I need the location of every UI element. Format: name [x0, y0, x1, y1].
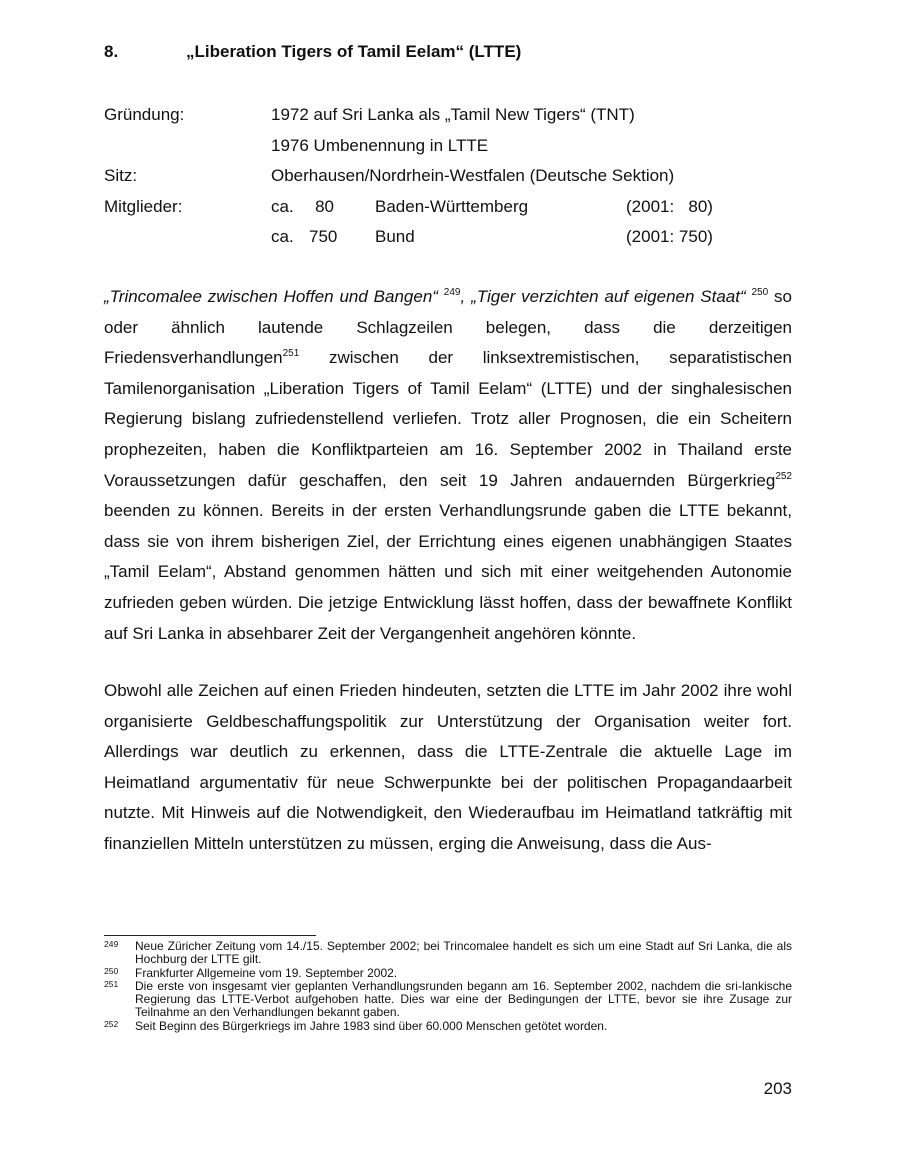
founding-value: 1972 auf Sri Lanka als „Tamil New Tigers…	[271, 100, 635, 131]
headline-quote-1: „Trincomalee zwischen Hoffen und Bangen“	[104, 287, 438, 306]
paragraph-1-text-b: zwischen der linksextremistischen, separ…	[104, 348, 792, 489]
footnote-250: 250 Frankfurter Allgemeine vom 19. Septe…	[104, 967, 792, 980]
paragraph-1: „Trincomalee zwischen Hoffen und Bangen“…	[104, 282, 792, 649]
footnote-ref-250[interactable]: 250	[752, 287, 769, 298]
footnote-divider	[104, 935, 316, 936]
members-previous: (2001: 750)	[626, 222, 713, 253]
footnote-number: 250	[104, 965, 118, 978]
footnote-number: 251	[104, 978, 118, 991]
footnote-249: 249 Neue Züricher Zeitung vom 14./15. Se…	[104, 940, 792, 967]
section-number: 8.	[104, 42, 186, 62]
founding-value-2: 1976 Umbenennung in LTTE	[271, 131, 488, 162]
members-region: Bund	[375, 222, 415, 253]
seat-value: Oberhausen/Nordrhein-Westfalen (Deutsche…	[271, 161, 674, 192]
footnote-ref-251[interactable]: 251	[283, 348, 300, 359]
page-number: 203	[764, 1079, 792, 1099]
section-title: „Liberation Tigers of Tamil Eelam“ (LTTE…	[186, 42, 521, 61]
seat-label: Sitz:	[104, 161, 137, 192]
footnote-text: Neue Züricher Zeitung vom 14./15. Septem…	[135, 939, 792, 966]
footnote-252: 252 Seit Beginn des Bürgerkriegs im Jahr…	[104, 1020, 792, 1033]
footnotes: 249 Neue Züricher Zeitung vom 14./15. Se…	[104, 940, 792, 1033]
footnote-ref-249[interactable]: 249	[444, 287, 461, 298]
paragraph-2: Obwohl alle Zeichen auf einen Frieden hi…	[104, 676, 792, 860]
footnote-text: Frankfurter Allgemeine vom 19. September…	[135, 966, 397, 980]
members-label: Mitglieder:	[104, 192, 182, 223]
footnote-text: Seit Beginn des Bürgerkriegs im Jahre 19…	[135, 1019, 607, 1033]
section-heading: 8.„Liberation Tigers of Tamil Eelam“ (LT…	[104, 42, 521, 62]
members-count: 750	[309, 222, 334, 253]
founding-label: Gründung:	[104, 100, 184, 131]
separator: ,	[460, 287, 471, 306]
footnote-251: 251 Die erste von insgesamt vier geplant…	[104, 980, 792, 1020]
footnote-ref-252[interactable]: 252	[775, 471, 792, 482]
members-count: 80	[309, 192, 334, 223]
paragraph-1-text-c: beenden zu können. Bereits in der ersten…	[104, 501, 792, 642]
members-region: Baden-Württemberg	[375, 192, 528, 223]
footnote-number: 249	[104, 938, 118, 951]
members-ca: ca.	[271, 222, 294, 253]
footnote-text: Die erste von insgesamt vier geplanten V…	[135, 979, 792, 1020]
footnote-number: 252	[104, 1018, 118, 1031]
members-previous: (2001: 80)	[626, 192, 713, 223]
members-ca: ca.	[271, 192, 294, 223]
headline-quote-2: „Tiger verzichten auf eigenen Staat“	[471, 287, 746, 306]
